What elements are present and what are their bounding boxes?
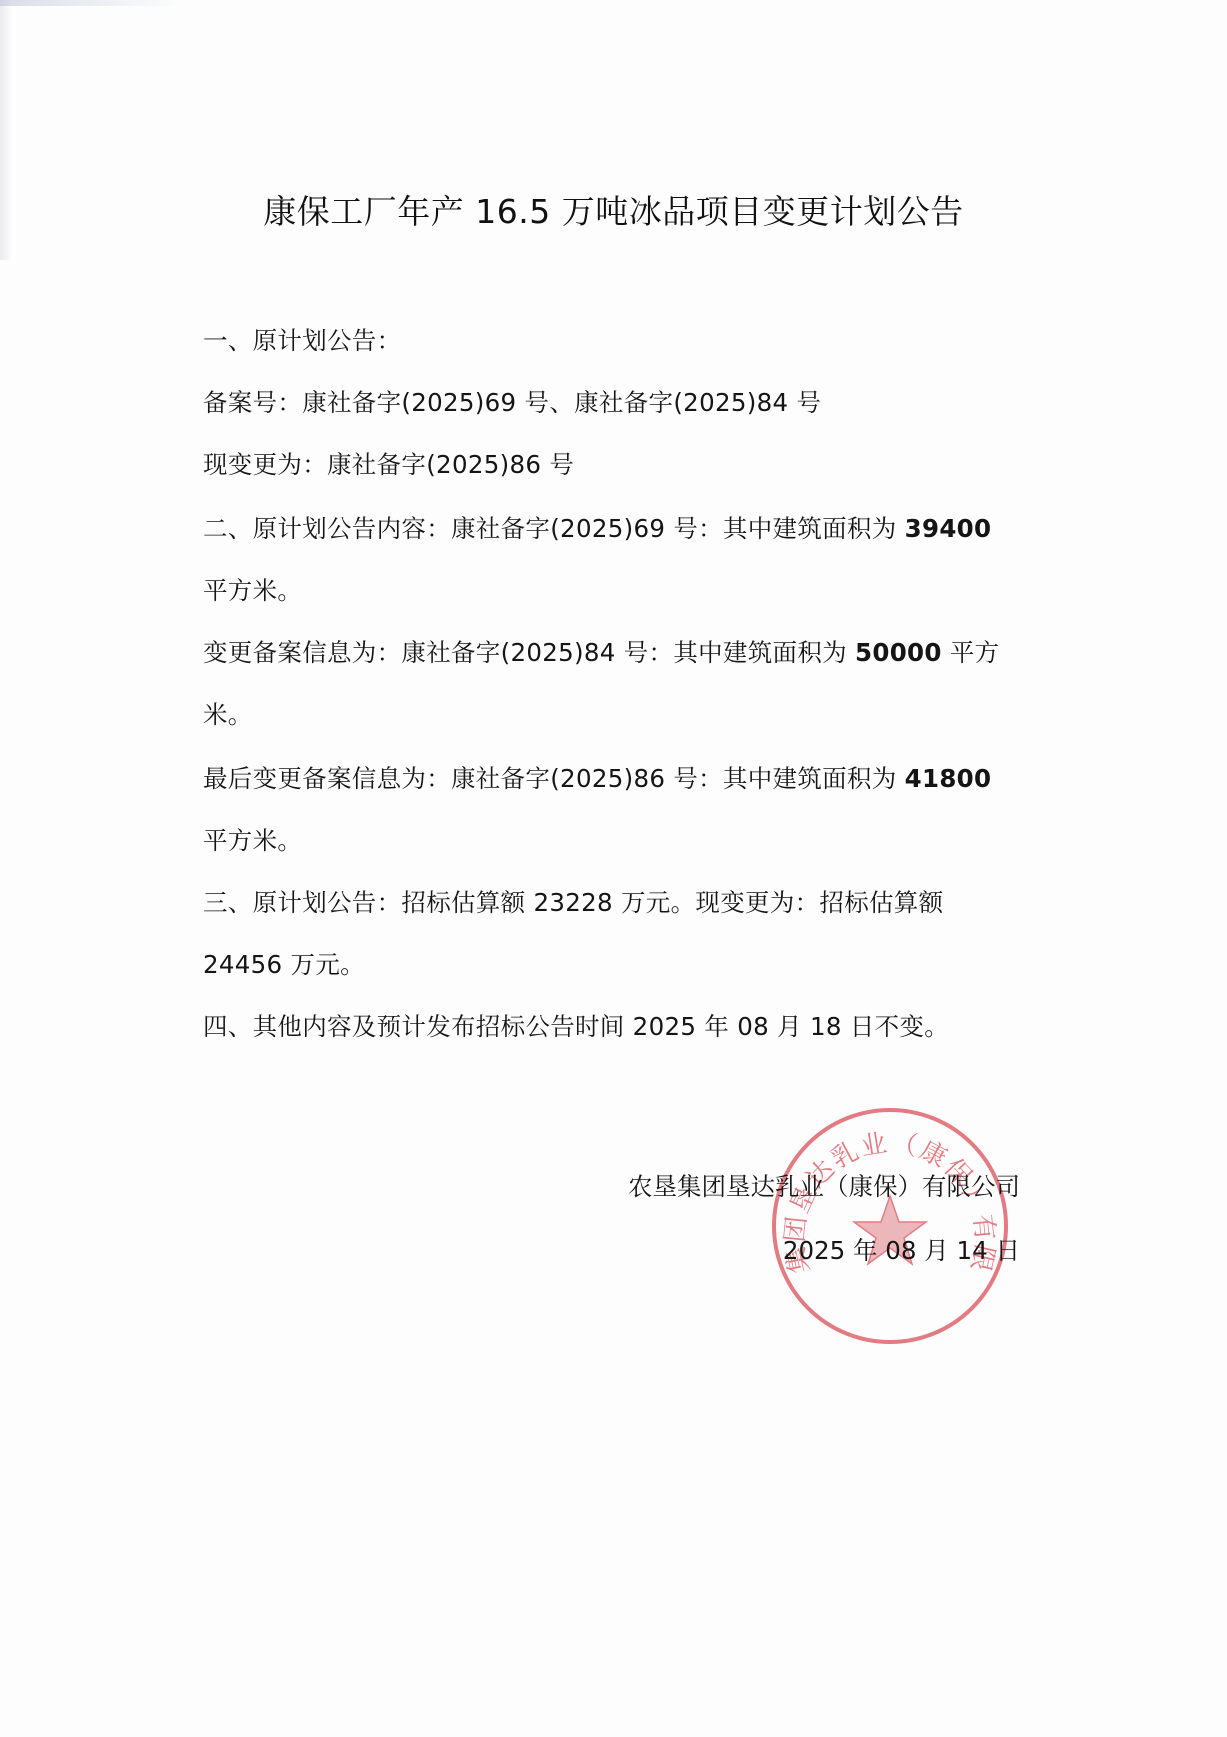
section-2-line-2-text: 变更备案信息为：康社备字(2025)84 号：其中建筑面积为: [203, 638, 855, 667]
area-value-41800: 41800: [905, 764, 992, 793]
signature-date: 2025 年 08 月 14 日: [783, 1232, 1020, 1267]
section-2-line-2-unit: 平方: [942, 638, 1000, 667]
section-2-line-2: 变更备案信息为：康社备字(2025)84 号：其中建筑面积为 50000 平方: [203, 634, 999, 669]
section-2-line-3: 最后变更备案信息为：康社备字(2025)86 号：其中建筑面积为 41800: [203, 760, 991, 795]
document-page: 康保工厂年产 16.5 万吨冰品项目变更计划公告 一、原计划公告： 备案号：康社…: [0, 0, 1227, 1737]
area-value-39400: 39400: [905, 514, 992, 543]
section-2-line-3-unit: 平方米。: [203, 822, 302, 857]
area-value-50000: 50000: [855, 638, 942, 667]
section-2-line-1-text: 二、原计划公告内容：康社备字(2025)69 号：其中建筑面积为: [203, 514, 905, 543]
section-2-line-3-text: 最后变更备案信息为：康社备字(2025)86 号：其中建筑面积为: [203, 764, 905, 793]
section-2-line-2-unit-cont: 米。: [203, 696, 253, 731]
section-3-line-2: 24456 万元。: [203, 946, 365, 981]
section-4: 四、其他内容及预计发布招标公告时间 2025 年 08 月 18 日不变。: [203, 1008, 949, 1043]
document-title: 康保工厂年产 16.5 万吨冰品项目变更计划公告: [0, 186, 1227, 233]
company-seal-stamp: 农垦集团垦达乳业（康保）有限公司: [768, 1104, 1012, 1348]
section-2-line-1: 二、原计划公告内容：康社备字(2025)69 号：其中建筑面积为 39400: [203, 510, 991, 545]
signature-company: 农垦集团垦达乳业（康保）有限公司: [628, 1168, 1020, 1203]
section-2-line-1-unit: 平方米。: [203, 572, 302, 607]
scan-top-artifact: [0, 0, 180, 6]
record-numbers: 备案号：康社备字(2025)69 号、康社备字(2025)84 号: [203, 384, 821, 419]
section-1-heading: 一、原计划公告：: [203, 322, 401, 357]
section-3-line-1: 三、原计划公告：招标估算额 23228 万元。现变更为：招标估算额: [203, 884, 943, 919]
changed-record-number: 现变更为：康社备字(2025)86 号: [203, 446, 574, 481]
